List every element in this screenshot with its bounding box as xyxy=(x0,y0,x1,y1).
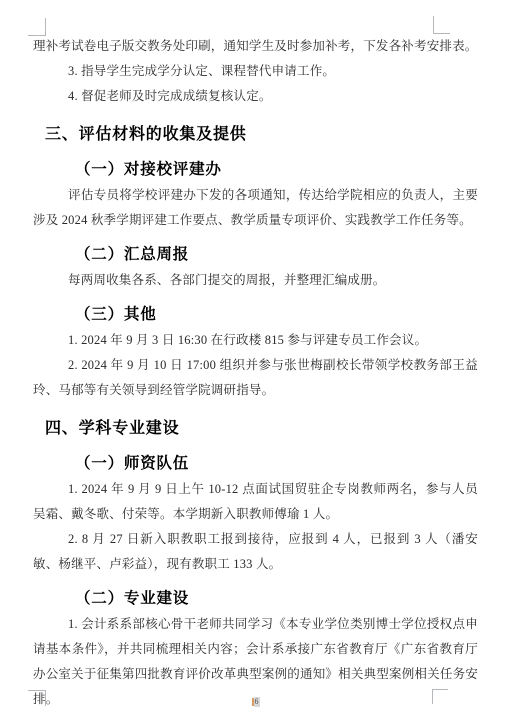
body-paragraph-continuation: 理补考试卷电子版交教务处印刷，通知学生及时参加补考，下发各补考安排表。 xyxy=(33,34,478,59)
body-paragraph-item-4: 4. 督促老师及时完成成绩复核认定。 xyxy=(33,84,478,109)
subsection-heading-3-1: （一）对接校评建办 xyxy=(33,156,478,183)
document-body: 理补考试卷电子版交教务处印刷，通知学生及时参加补考，下发各补考安排表。 3. 指… xyxy=(33,0,478,712)
body-paragraph: 评估专员将学校评建办下发的各项通知，传达给学院相应的负责人，主要涉及 2024 … xyxy=(33,183,478,233)
document-page: 理补考试卷电子版交教务处印刷，通知学生及时参加补考，下发各补考安排表。 3. 指… xyxy=(0,0,511,723)
subsection-heading-4-1: （一）师资队伍 xyxy=(33,450,478,477)
subsection-heading-3-2: （二）汇总周报 xyxy=(33,241,478,268)
section-heading-4: 四、学科专业建设 xyxy=(33,415,478,442)
subsection-heading-4-2: （二）专业建设 xyxy=(33,585,478,612)
subsection-heading-3-3: （三）其他 xyxy=(33,301,478,328)
body-paragraph-item-2: 2. 8 月 27 日新入职教职工报到接待，应报到 4 人，已报到 3 人（潘安… xyxy=(33,527,478,577)
body-paragraph-item-1: 1. 2024 年 9 月 9 日上午 10-12 点面试国贸驻企专岗教师两名，… xyxy=(33,477,478,527)
body-paragraph-item-3: 3. 指导学生完成学分认定、课程替代申请工作。 xyxy=(33,59,478,84)
body-paragraph: 每两周收集各系、各部门提交的周报，并整理汇编成册。 xyxy=(33,268,478,293)
body-paragraph-item-1: 1. 2024 年 9 月 3 日 16:30 在行政楼 815 参与评建专员工… xyxy=(33,328,478,353)
page-footer: 6 xyxy=(252,697,260,707)
page-number: 6 xyxy=(254,697,260,707)
body-paragraph-item-2: 2. 2024 年 9 月 10 日 17:00 组织并参与张世梅副校长带领学校… xyxy=(33,353,478,403)
section-heading-3: 三、评估材料的收集及提供 xyxy=(33,121,478,148)
